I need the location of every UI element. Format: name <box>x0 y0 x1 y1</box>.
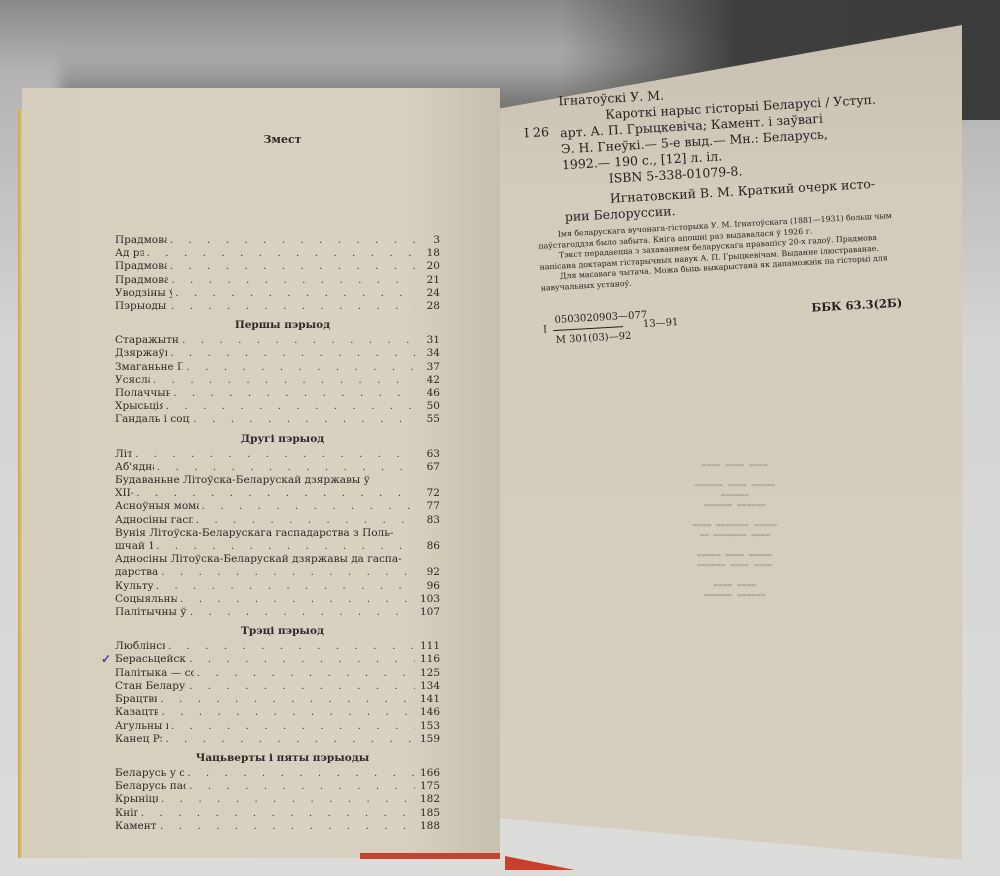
code-prefix: І <box>543 324 548 335</box>
toc-title: Змест <box>115 133 440 146</box>
toc-entry: Усяслаў Полацкі42 <box>115 374 440 387</box>
toc-entry-page: 96 <box>418 580 440 593</box>
toc-entry-label: Люблінская вунія 1569 г. <box>115 640 165 653</box>
toc-entry: Брацтвы на Беларусі141 <box>115 693 440 706</box>
toc-entry: Адносіны гаспадарства да нямецкіх ордэна… <box>115 514 440 527</box>
leader-dots <box>190 606 415 619</box>
toc-entry-page: 159 <box>418 733 440 746</box>
toc-entry-label: Хрысьціянства і асьвета <box>115 400 163 413</box>
toc-entry-page: 3 <box>418 234 440 247</box>
toc-entry-label: Казацтва на Беларусі <box>115 706 158 719</box>
toc-entry-page: 188 <box>418 820 440 833</box>
toc-entry: Прадмова да 4-га выдання20 <box>115 260 440 273</box>
leader-dots <box>156 580 415 593</box>
toc-entry-page: 92 <box>418 566 440 579</box>
toc-entry-page: 37 <box>418 361 440 374</box>
toc-entry-page: 77 <box>418 500 440 513</box>
section-title: Трэці пэрыод <box>115 625 440 637</box>
toc-entry: Казацтва на Беларусі146 <box>115 706 440 719</box>
toc-entry: Культурная праца96 <box>115 580 440 593</box>
toc-entry-label: Пэрыоды гісторыі Беларусі <box>115 300 168 313</box>
toc-entry-label: Прадмова да 4-га выдання <box>115 260 167 273</box>
toc-entry: Змаганьне Полаччыны з Кіеўшчынай37 <box>115 361 440 374</box>
leader-dots <box>161 793 415 806</box>
toc-entry-page: 175 <box>418 780 440 793</box>
toc-entry-page: 72 <box>418 487 440 500</box>
toc-entry-label: Прадмова да 5-га выдання <box>115 234 167 247</box>
show-through-text: ▬▬▬▬ ▬▬▬▬ ▬▬▬▬▬▬▬▬▬▬ ▬▬▬▬ ▬▬▬▬▬▬▬▬▬▬▬▬▬▬… <box>605 460 865 600</box>
leader-dots <box>161 566 415 579</box>
toc-entry-page: 146 <box>418 706 440 719</box>
leader-dots <box>170 234 415 247</box>
leader-dots <box>135 448 415 461</box>
toc-entry-page: 185 <box>418 807 440 820</box>
leader-dots <box>175 287 415 300</box>
toc-entry: Прадмова да 3-га выданьня21 <box>115 274 440 287</box>
toc-entry-page: 63 <box>418 448 440 461</box>
toc-entry-label: Соцыяльны склад грамадзянства <box>115 593 177 606</box>
toc-entry-page: 28 <box>418 300 440 313</box>
code-numerator: 0503020903—077 <box>554 310 647 326</box>
toc-entry-label: Брацтвы на Беларусі <box>115 693 157 706</box>
toc-entry-page: 67 <box>418 461 440 474</box>
toc-entry: Асноўныя моманты жыцьця новага гаспадарс… <box>115 500 440 513</box>
toc-entry: Кнігасьпіс185 <box>115 807 440 820</box>
code-denominator: М 301(03)—92 <box>555 331 631 346</box>
toc-entry-label: Прадмова да 3-га выданьня <box>115 274 168 287</box>
toc-entry: Полаччына пасьля Ўсяслава46 <box>115 387 440 400</box>
toc-entry-page: 134 <box>418 680 440 693</box>
leader-dots <box>180 593 415 606</box>
toc-entry: Агульны палітычны абгляд153 <box>115 720 440 733</box>
toc-entry-label: Змаганьне Полаччыны з Кіеўшчынай <box>115 361 183 374</box>
leader-dots <box>160 820 415 833</box>
toc-entry-page: 107 <box>418 606 440 619</box>
leader-dots <box>170 347 415 360</box>
toc-entry-page: 18 <box>418 247 440 260</box>
toc-entry-page: 125 <box>418 667 440 680</box>
library-code: І 26 <box>524 124 550 140</box>
toc-entry-label: Адносіны Літоўска-Беларускай дзяржавы да… <box>115 553 440 566</box>
toc-entry-page: 153 <box>418 720 440 733</box>
leader-dots <box>147 247 415 260</box>
leader-dots <box>171 274 415 287</box>
leader-dots <box>196 514 415 527</box>
bbk-code: ББК 63.3(2Б) <box>811 296 902 315</box>
toc-entry-label: Агульны палітычны абгляд <box>115 720 168 733</box>
leader-dots <box>168 640 415 653</box>
toc-intro-list: Прадмова да 5-га выдання3Ад рэдактара18П… <box>115 234 440 313</box>
toc-entry-page: 83 <box>418 514 440 527</box>
toc-entry: Старажытныя насельнікі Беларусі31 <box>115 334 440 347</box>
table-of-contents: Змест Прадмова да 5-га выдання3Ад рэдакт… <box>115 133 440 833</box>
leader-dots <box>173 387 415 400</box>
toc-entry-page: 24 <box>418 287 440 300</box>
toc-entry: Уводзіны ў гісторыю Беларусі24 <box>115 287 440 300</box>
imprint-block: І 26 Ігнатоўскі У. М. Кароткі нарыс гіст… <box>530 75 904 362</box>
toc-entry-page: 116 <box>418 653 440 666</box>
leader-dots <box>153 374 415 387</box>
leader-dots <box>202 500 415 513</box>
toc-entry-label-cont: шчай 1386-га году <box>115 540 153 553</box>
toc-entry-label-cont: дарства Маскоўскага <box>115 566 158 579</box>
leader-dots <box>161 706 415 719</box>
toc-entry: Літвіны63 <box>115 448 440 461</box>
leader-dots <box>197 667 415 680</box>
toc-entry: Будаваньне Літоўска-Беларускай дзяржавы … <box>115 474 440 500</box>
toc-entry: Соцыяльны склад грамадзянства103 <box>115 593 440 606</box>
leader-dots <box>189 653 415 666</box>
toc-entry: Палітыка — соцыяльны лад Рэчы Паспалітай… <box>115 667 440 680</box>
toc-entry: Беларусь пасьля зьвяржэньня царызму175 <box>115 780 440 793</box>
toc-entry-label: Дзяржаўна-палітычны лад <box>115 347 167 360</box>
toc-entry: Палітычны ўклад гаспадарства і царква107 <box>115 606 440 619</box>
toc-entry-page: 42 <box>418 374 440 387</box>
toc-entry: ✓Берасьцейская царкоўная вунія 1596 г.11… <box>115 653 440 666</box>
toc-entry: Дзяржаўна-палітычны лад34 <box>115 347 440 360</box>
leader-dots <box>182 334 415 347</box>
toc-entry: Ад рэдактара18 <box>115 247 440 260</box>
toc-entry-page: 55 <box>418 413 440 426</box>
toc-entry: Стан Беларусі пасьля вуніі з Польшчай134 <box>115 680 440 693</box>
toc-entry: Крыніцы і падручнікі182 <box>115 793 440 806</box>
toc-entry-label: Старажытныя насельнікі Беларусі <box>115 334 179 347</box>
toc-entry-label: Усяслаў Полацкі <box>115 374 150 387</box>
cover-edge-right <box>505 856 575 870</box>
toc-entry-label: Кнігасьпіс <box>115 807 138 820</box>
toc-entry: Каментарыі і заўвагі188 <box>115 820 440 833</box>
toc-entry-page: 21 <box>418 274 440 287</box>
toc-entry-label: Асноўныя моманты жыцьця новага гаспадарс… <box>115 500 199 513</box>
section-title: Другі пэрыод <box>115 433 440 445</box>
toc-entry-label: Палітычны ўклад гаспадарства і царква <box>115 606 187 619</box>
toc-entry-page: 20 <box>418 260 440 273</box>
leader-dots <box>166 400 415 413</box>
checkmark-icon: ✓ <box>101 653 111 666</box>
leader-dots <box>160 693 415 706</box>
toc-entry-label: Ад рэдактара <box>115 247 144 260</box>
toc-entry: Гандаль і соцыяльны склад грамадзянства5… <box>115 413 440 426</box>
toc-entry-label: Вунія Літоўска-Беларускага гаспадарства … <box>115 527 440 540</box>
toc-entry-page: 182 <box>418 793 440 806</box>
fraction-line <box>553 326 623 331</box>
cover-edge-left <box>360 853 500 859</box>
toc-entry-page: 103 <box>418 593 440 606</box>
toc-entry-page: 50 <box>418 400 440 413</box>
leader-dots <box>189 780 415 793</box>
toc-entry: Вунія Літоўска-Беларускага гаспадарства … <box>115 527 440 553</box>
toc-entry: Пэрыоды гісторыі Беларусі28 <box>115 300 440 313</box>
toc-entry: Хрысьціянства і асьвета50 <box>115 400 440 413</box>
toc-entry-page: 34 <box>418 347 440 360</box>
toc-entry-label: Гандаль і соцыяльны склад грамадзянства <box>115 413 190 426</box>
toc-sections: Першы пэрыодСтаражытныя насельнікі Белар… <box>115 319 440 833</box>
toc-entry-label: Берасьцейская царкоўная вунія 1596 г. <box>115 653 186 666</box>
leader-dots <box>170 260 415 273</box>
section-title: Чацьверты і пяты пэрыоды <box>115 752 440 764</box>
toc-entry-label: Канец Рэчы Паспалітай <box>115 733 162 746</box>
toc-entry-label-cont: XII-м ст. <box>115 487 133 500</box>
toc-entry-page: 111 <box>418 640 440 653</box>
toc-entry-label: Беларусь у складзе Расійскай імпэрыі <box>115 767 184 780</box>
code-suffix: 13—91 <box>643 317 679 330</box>
toc-entry: Аб'яднаньне Літвы67 <box>115 461 440 474</box>
toc-entry-label: Будаваньне Літоўска-Беларускай дзяржавы … <box>115 474 440 487</box>
toc-entry-label: Каментарыі і заўвагі <box>115 820 157 833</box>
toc-entry: Беларусь у складзе Расійскай імпэрыі166 <box>115 767 440 780</box>
leader-dots <box>141 807 415 820</box>
toc-entry-label: Уводзіны ў гісторыю Беларусі <box>115 287 172 300</box>
toc-entry-label: Культурная праца <box>115 580 153 593</box>
toc-entry-label: Адносіны гаспадарства да нямецкіх ордэна… <box>115 514 193 527</box>
leader-dots <box>193 413 415 426</box>
toc-entry: Адносіны Літоўска-Беларускай дзяржавы да… <box>115 553 440 579</box>
toc-entry: Прадмова да 5-га выдання3 <box>115 234 440 247</box>
toc-entry: Люблінская вунія 1569 г.111 <box>115 640 440 653</box>
leader-dots <box>171 720 415 733</box>
section-title: Першы пэрыод <box>115 319 440 331</box>
leader-dots <box>136 487 415 500</box>
toc-entry-label: Беларусь пасьля зьвяржэньня царызму <box>115 780 186 793</box>
leader-dots <box>187 767 415 780</box>
toc-entry-page: 86 <box>418 540 440 553</box>
leader-dots <box>189 680 415 693</box>
leader-dots <box>171 300 415 313</box>
toc-entry-label: Літвіны <box>115 448 132 461</box>
toc-entry-label: Аб'яднаньне Літвы <box>115 461 154 474</box>
leader-dots <box>156 540 415 553</box>
leader-dots <box>165 733 415 746</box>
toc-entry-label: Стан Беларусі пасьля вуніі з Польшчай <box>115 680 186 693</box>
toc-entry-page: 46 <box>418 387 440 400</box>
toc-entry-label: Полаччына пасьля Ўсяслава <box>115 387 170 400</box>
leader-dots <box>186 361 415 374</box>
leader-dots <box>157 461 415 474</box>
toc-entry-page: 31 <box>418 334 440 347</box>
toc-entry: Канец Рэчы Паспалітай159 <box>115 733 440 746</box>
toc-entry-label: Палітыка — соцыяльны лад Рэчы Паспалітай <box>115 667 194 680</box>
toc-entry-page: 166 <box>418 767 440 780</box>
toc-entry-page: 141 <box>418 693 440 706</box>
toc-entry-label: Крыніцы і падручнікі <box>115 793 158 806</box>
